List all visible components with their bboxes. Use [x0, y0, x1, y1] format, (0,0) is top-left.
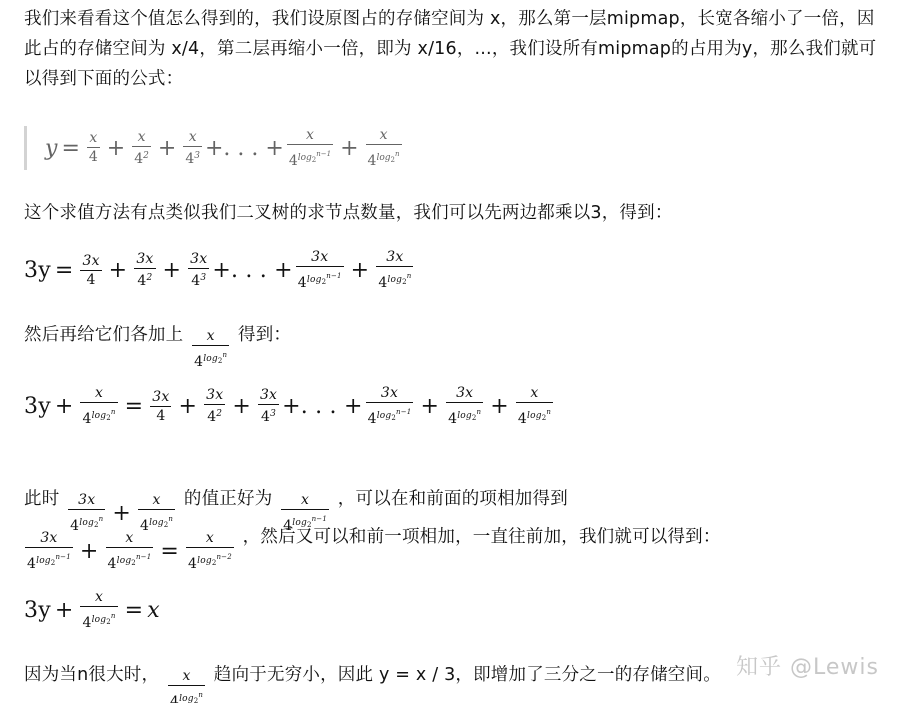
formula-3y: 3y = 3x4 + 3x42 + 3x43 +. . . + 3x4log2n… — [24, 250, 891, 291]
fraction: x43 — [183, 130, 202, 167]
add-paragraph: 然后再给它们各加上 x4log2n 得到： — [24, 320, 891, 370]
fraction: x42 — [132, 130, 151, 167]
fraction: x4log2n — [366, 128, 402, 169]
formula-y: y = x4 + x42 + x43 +. . . + x4log2n−1 + … — [45, 128, 405, 169]
intro-paragraph: 我们来看看这个值怎么得到的，我们设原图占的存储空间为 x，那么第一层mipmap… — [24, 4, 891, 94]
fraction: x4 — [87, 131, 100, 165]
then-again-paragraph: 3x4log2n−1 + x4log2n−1 = x4log2n−2 ，然后又可… — [22, 522, 891, 572]
formula-y-blockquote: y = x4 + x42 + x43 +. . . + x4log2n−1 + … — [24, 126, 405, 170]
formula-final: 3y + x4log2n = x — [24, 590, 891, 631]
binary-tree-paragraph: 这个求值方法有点类似我们二叉树的求节点数量，我们可以先两边都乘以3，得到： — [24, 198, 891, 228]
fraction: x4log2n−1 — [287, 128, 333, 169]
watermark: 知乎 @Lewis — [736, 650, 879, 681]
formula-3y-plus: 3y + x4log2n = 3x4 + 3x42 + 3x43 +. . . … — [24, 386, 891, 427]
intro-text: 我们来看看这个值怎么得到的，我们设原图占的存储空间为 x，那么第一层mipmap… — [24, 9, 876, 89]
